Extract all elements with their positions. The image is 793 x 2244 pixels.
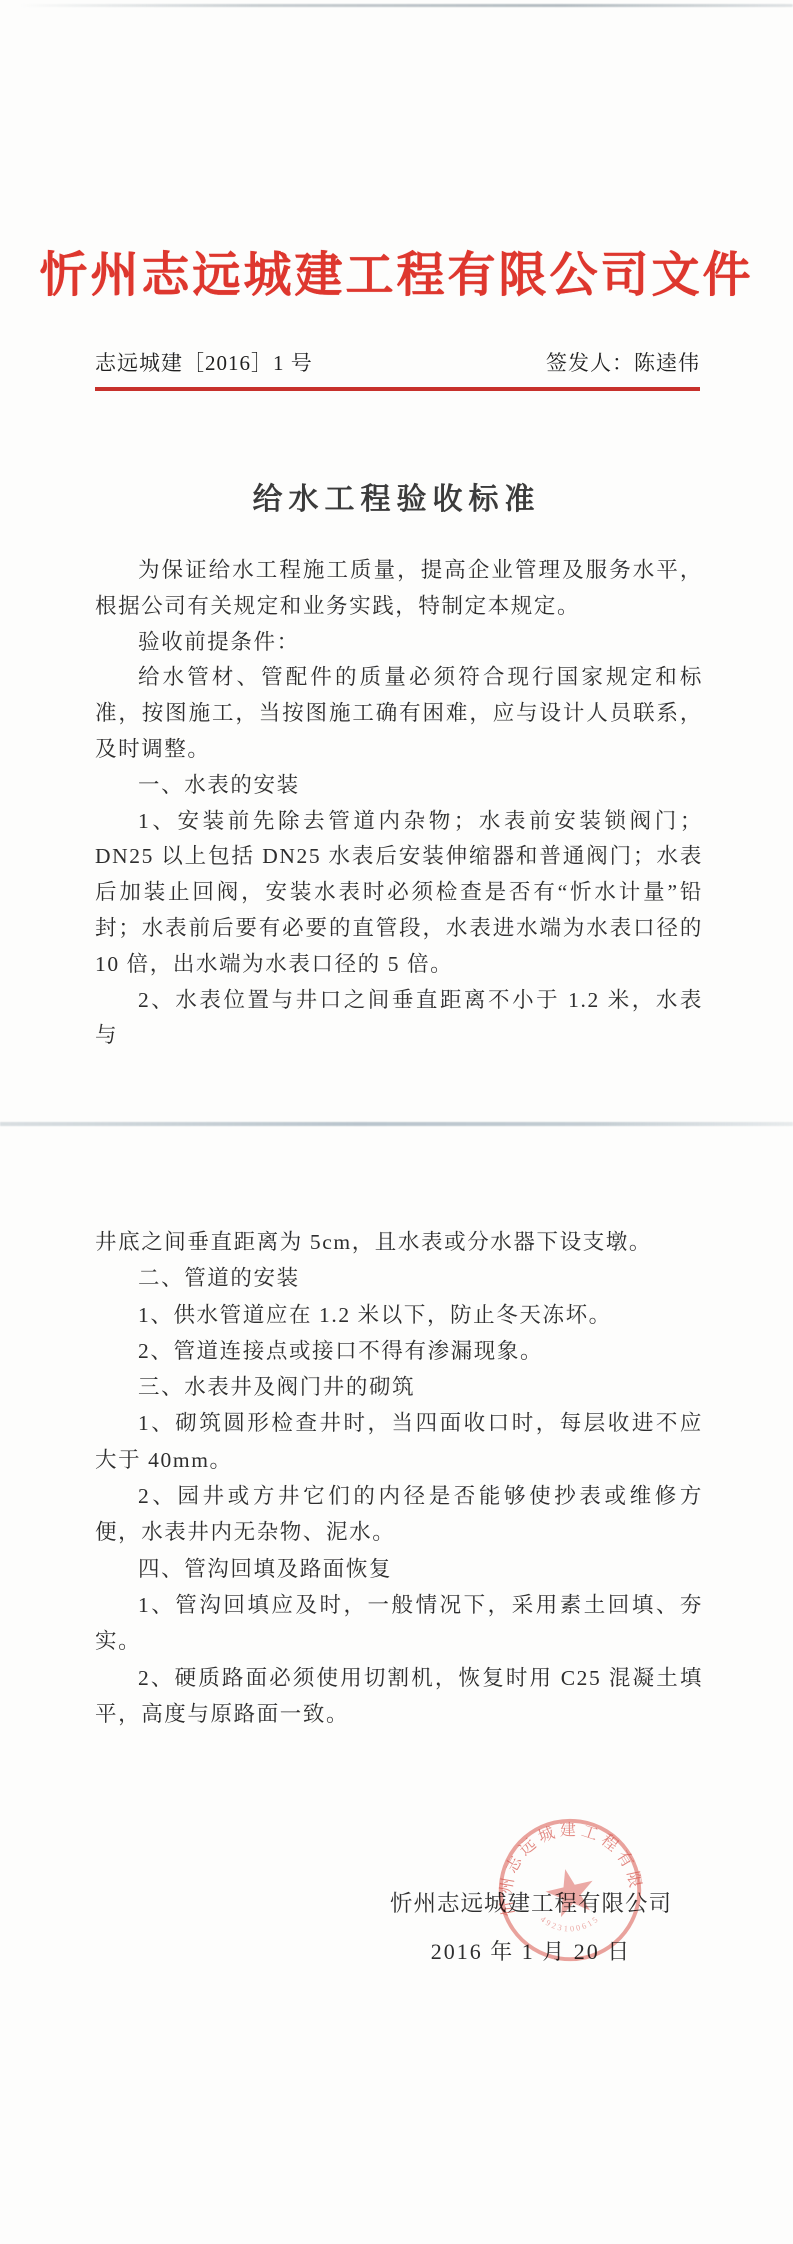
- page-break-shadow: [0, 1122, 793, 1126]
- seal-star-icon: [542, 1864, 599, 1919]
- body-paragraph: 2、园井或方井它们的内径是否能够使抄表或维修方便，水表井内无杂物、泥水。: [95, 1478, 703, 1551]
- scan-edge-line: [20, 4, 793, 7]
- body-paragraph: 验收前提条件：: [95, 625, 703, 661]
- body-paragraph: 2、管道连接点或接口不得有渗漏现象。: [95, 1333, 703, 1369]
- body-page1: 为保证给水工程施工质量，提高企业管理及服务水平，根据公司有关规定和业务实践，特制…: [95, 553, 703, 1054]
- body-paragraph: 2、水表位置与井口之间垂直距离不小于 1.2 米，水表与: [95, 983, 703, 1055]
- body-paragraph: 一、水表的安装: [95, 768, 703, 804]
- body-paragraph: 三、水表井及阀门井的砌筑: [95, 1369, 703, 1405]
- doc-number-row: 志远城建［2016］1 号 签发人：陈逵伟: [95, 348, 700, 378]
- body-paragraph: 1、砌筑圆形检查井时，当四面收口时，每层收进不应大于 40mm。: [95, 1405, 703, 1478]
- body-paragraph-continuation: 井底之间垂直距离为 5cm，且水表或分水器下设支墩。: [95, 1224, 703, 1260]
- body-paragraph: 为保证给水工程施工质量，提高企业管理及服务水平，根据公司有关规定和业务实践，特制…: [95, 553, 703, 625]
- red-divider-rule: [95, 387, 700, 391]
- body-paragraph: 给水管材、管配件的质量必须符合现行国家规定和标准，按图施工，当按图施工确有困难，…: [95, 660, 703, 767]
- body-paragraph: 四、管沟回填及路面恢复: [95, 1551, 703, 1587]
- seal-arc-text: 忻州志远城建工程有限公司: [476, 1796, 645, 1926]
- seal-arc-text-holder: 忻州志远城建工程有限公司: [476, 1796, 645, 1926]
- body-page2: 井底之间垂直距离为 5cm，且水表或分水器下设支墩。 二、管道的安装 1、供水管…: [95, 1224, 703, 1732]
- issuer: 签发人：陈逵伟: [546, 348, 700, 378]
- body-paragraph: 1、安装前先除去管道内杂物；水表前安装锁阀门；DN25 以上包括 DN25 水表…: [95, 804, 703, 983]
- body-paragraph: 1、管沟回填应及时，一般情况下，采用素土回填、夯实。: [95, 1587, 703, 1660]
- red-header-title: 忻州志远城建工程有限公司文件: [0, 234, 793, 318]
- body-paragraph: 2、硬质路面必须使用切割机，恢复时用 C25 混凝土填平，高度与原路面一致。: [95, 1660, 703, 1733]
- body-paragraph: 二、管道的安装: [95, 1260, 703, 1296]
- seal-serial: 4923100615: [537, 1902, 602, 1940]
- doc-number: 志远城建［2016］1 号: [95, 348, 313, 378]
- seal-serial-holder: 4923100615: [537, 1902, 602, 1940]
- document-title: 给水工程验收标准: [0, 477, 793, 523]
- body-paragraph: 1、供水管道应在 1.2 米以下，防止冬天冻坏。: [95, 1297, 703, 1333]
